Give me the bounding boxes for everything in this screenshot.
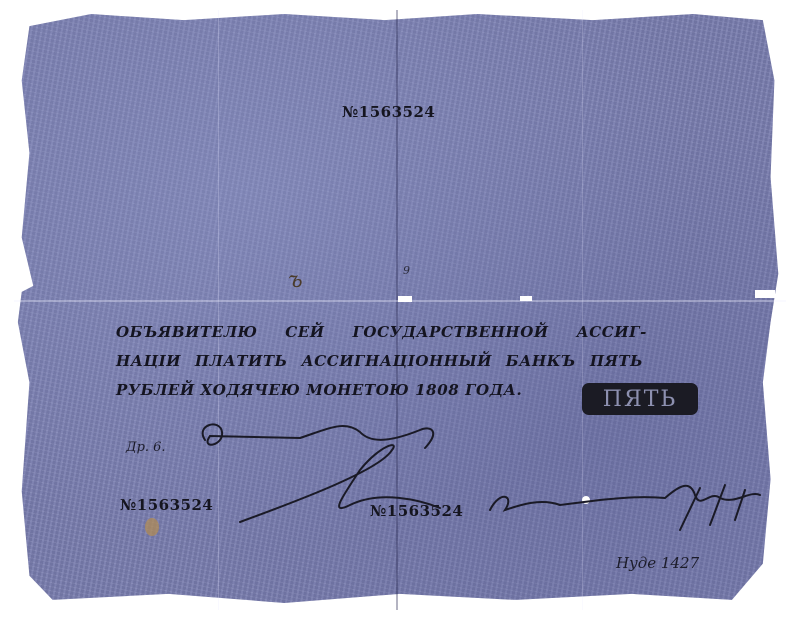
fold-crease	[218, 10, 219, 610]
banknote-paper	[14, 8, 786, 612]
handwritten-inventory-number: Нуде 1427	[616, 554, 699, 572]
tear-hole	[398, 296, 412, 302]
text-line-2: нацiи платить Ассигнацiонный Банкъ пять	[116, 347, 676, 376]
small-mark: 9	[403, 264, 410, 277]
text-line-1: Объявителю сей Государственной Ассиг-	[116, 318, 676, 347]
denomination-label: ПЯТЬ	[603, 387, 677, 412]
serial-number-bottom-left: №1563524	[120, 496, 213, 514]
serial-number-top: №1563524	[342, 103, 435, 121]
tear-hole	[520, 296, 532, 301]
handwritten-note-left: Др. 6.	[126, 440, 166, 455]
stain	[145, 518, 159, 536]
handwritten-mark: ъ	[288, 268, 303, 293]
tear-hole	[755, 290, 775, 298]
denomination-box: ПЯТЬ	[582, 383, 698, 415]
fold-crease	[582, 10, 583, 610]
tear-hole	[582, 496, 590, 504]
fold-crease	[396, 10, 398, 610]
serial-number-bottom-center: №1563524	[370, 502, 463, 520]
